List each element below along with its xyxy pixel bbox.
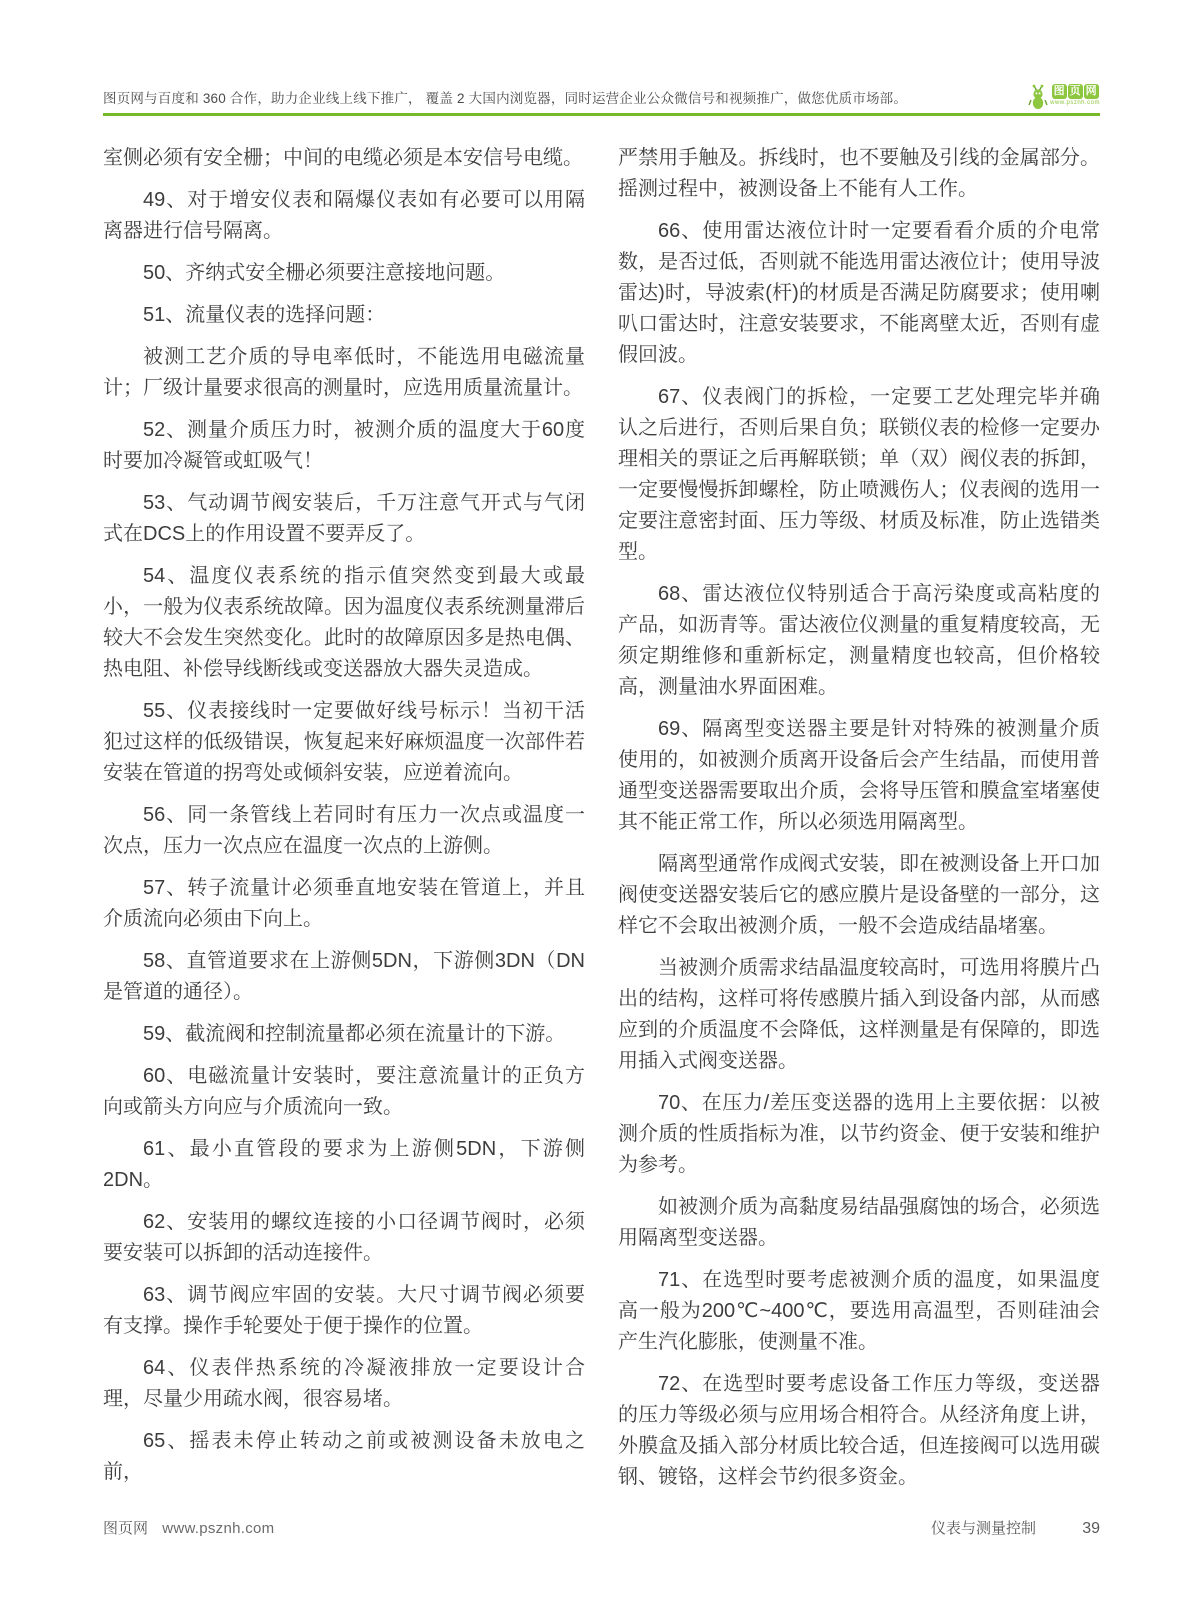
- paragraph: 严禁用手触及。拆线时，也不要触及引线的金属部分。摇测过程中，被测设备上不能有人工…: [618, 143, 1100, 205]
- paragraph: 如被测介质为高黏度易结晶强腐蚀的场合，必须选用隔离型变送器。: [618, 1192, 1100, 1254]
- footer-journal-title: 仪表与测量控制: [931, 1520, 1036, 1537]
- left-column: 室侧必须有安全栅；中间的电缆必须是本安信号电缆。49、对于增安仪表和隔爆仪表如有…: [103, 143, 585, 1504]
- footer-page-number: 39: [1082, 1520, 1100, 1537]
- paragraph: 67、仪表阀门的拆检，一定要工艺处理完毕并确认之后进行，否则后果自负；联锁仪表的…: [618, 382, 1100, 568]
- paragraph: 58、直管道要求在上游侧5DN，下游侧3DN（DN是管道的通径）。: [103, 946, 585, 1008]
- paragraph: 56、同一条管线上若同时有压力一次点或温度一次点，压力一次点应在温度一次点的上游…: [103, 800, 585, 862]
- paragraph: 68、雷达液位仪特别适合于高污染度或高粘度的产品，如沥青等。雷达液位仪测量的重复…: [618, 579, 1100, 703]
- paragraph: 66、使用雷达液位计时一定要看看介质的介电常数，是否过低，否则就不能选用雷达液位…: [618, 216, 1100, 371]
- paragraph: 60、电磁流量计安装时，要注意流量计的正负方向或箭头方向应与介质流向一致。: [103, 1061, 585, 1123]
- paragraph: 57、转子流量计必须垂直地安装在管道上，并且介质流向必须由下向上。: [103, 873, 585, 935]
- paragraph: 室侧必须有安全栅；中间的电缆必须是本安信号电缆。: [103, 143, 585, 174]
- right-column: 严禁用手触及。拆线时，也不要触及引线的金属部分。摇测过程中，被测设备上不能有人工…: [618, 143, 1100, 1504]
- logo-url-caption: www.psznh.com: [1050, 100, 1100, 106]
- mascot-icon: [1028, 84, 1048, 110]
- paragraph: 52、测量介质压力时，被测介质的温度大于60度时要加冷凝管或虹吸气！: [103, 415, 585, 477]
- paragraph: 49、对于增安仪表和隔爆仪表如有必要可以用隔离器进行信号隔离。: [103, 185, 585, 247]
- paragraph: 65、摇表未停止转动之前或被测设备未放电之前，: [103, 1426, 585, 1488]
- paragraph: 63、调节阀应牢固的安装。大尺寸调节阀必须要有支撑。操作手轮要处于便于操作的位置…: [103, 1280, 585, 1342]
- paragraph: 51、流量仪表的选择问题：: [103, 300, 585, 331]
- paragraph: 71、在选型时要考虑被测介质的温度，如果温度高一般为200℃~400℃，要选用高…: [618, 1265, 1100, 1358]
- page-footer: 图页网 www.psznh.com 仪表与测量控制 39: [103, 1517, 1100, 1600]
- header-row: 图页网与百度和 360 合作，助力企业线上线下推广， 覆盖 2 大国内浏览器，同…: [103, 84, 1100, 110]
- logo-char: 图: [1052, 84, 1067, 99]
- logo-wordmark: 图 页 网 www.psznh.com: [1050, 84, 1100, 106]
- paragraph: 当被测介质需求结晶温度较高时，可选用将膜片凸出的结构，这样可将传感膜片插入到设备…: [618, 953, 1100, 1077]
- paragraph: 62、安装用的螺纹连接的小口径调节阀时，必须要安装可以拆卸的活动连接件。: [103, 1207, 585, 1269]
- page-header: 图页网与百度和 360 合作，助力企业线上线下推广， 覆盖 2 大国内浏览器，同…: [103, 84, 1100, 116]
- paragraph: 69、隔离型变送器主要是针对特殊的被测量介质使用的，如被测介质离开设备后会产生结…: [618, 714, 1100, 838]
- header-divider: [103, 113, 1100, 116]
- paragraph: 被测工艺介质的导电率低时，不能选用电磁流量计；厂级计量要求很高的测量时，应选用质…: [103, 342, 585, 404]
- footer-site-url: www.psznh.com: [162, 1520, 274, 1537]
- paragraph: 61、最小直管段的要求为上游侧5DN，下游侧2DN。: [103, 1134, 585, 1196]
- paragraph: 53、气动调节阀安装后，千万注意气开式与气闭式在DCS上的作用设置不要弄反了。: [103, 488, 585, 550]
- document-page: 图页网与百度和 360 合作，助力企业线上线下推广， 覆盖 2 大国内浏览器，同…: [0, 0, 1187, 1600]
- paragraph: 55、仪表接线时一定要做好线号标示！当初干活犯过这样的低级错误，恢复起来好麻烦温…: [103, 696, 585, 789]
- paragraph: 64、仪表伴热系统的冷凝液排放一定要设计合理，尽量少用疏水阀，很容易堵。: [103, 1353, 585, 1415]
- header-promo-text: 图页网与百度和 360 合作，助力企业线上线下推广， 覆盖 2 大国内浏览器，同…: [103, 88, 907, 110]
- logo-char: 页: [1068, 84, 1083, 99]
- paragraph: 59、截流阀和控制流量都必须在流量计的下游。: [103, 1019, 585, 1050]
- footer-left: 图页网 www.psznh.com: [103, 1517, 284, 1538]
- footer-site-name: 图页网: [103, 1520, 148, 1537]
- article-body: 室侧必须有安全栅；中间的电缆必须是本安信号电缆。49、对于增安仪表和隔爆仪表如有…: [103, 143, 1100, 1504]
- paragraph: 70、在压力/差压变送器的选用上主要依据：以被测介质的性质指标为准，以节约资金、…: [618, 1088, 1100, 1181]
- paragraph: 隔离型通常作成阀式安装，即在被测设备上开口加阀使变送器安装后它的感应膜片是设备壁…: [618, 849, 1100, 942]
- footer-right: 仪表与测量控制 39: [889, 1517, 1100, 1538]
- paragraph: 54、温度仪表系统的指示值突然变到最大或最小，一般为仪表系统故障。因为温度仪表系…: [103, 561, 585, 685]
- logo-char: 网: [1084, 84, 1099, 99]
- paragraph: 72、在选型时要考虑设备工作压力等级，变送器的压力等级必须与应用场合相符合。从经…: [618, 1369, 1100, 1493]
- paragraph: 50、齐纳式安全栅必须要注意接地问题。: [103, 258, 585, 289]
- brand-logo: 图 页 网 www.psznh.com: [1028, 84, 1100, 110]
